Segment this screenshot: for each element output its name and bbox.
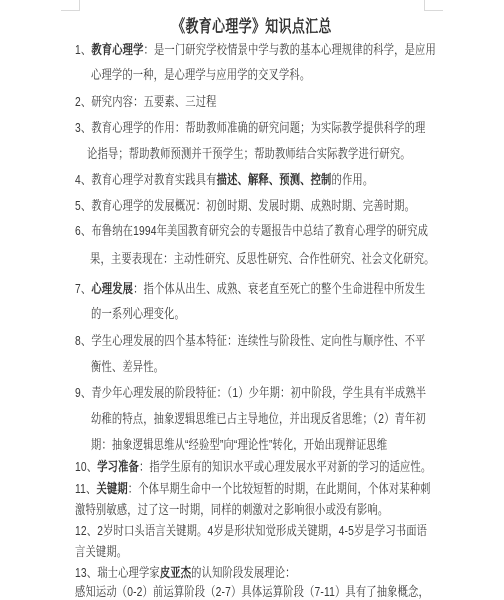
- text-line: 7、心理发展：指个体从出生、成熟、衰老直至死亡的整个生命进程中所发生: [75, 282, 425, 296]
- text-line: 12、2岁时口头语言关键期。4岁是形状知觉形成关键期，4-5岁是学习书面语: [75, 524, 427, 538]
- text-line: 的一系列心理变化。: [91, 307, 185, 321]
- text-boundary-corner-mark-left: [61, 10, 80, 11]
- text-line: 6、布鲁纳在1994年美国教育研究会的专题报告中总结了教育心理学的研究成: [75, 224, 428, 238]
- text-line: 8、学生心理发展的四个基本特征：连续性与阶段性、定向性与顺序性、不平: [75, 334, 425, 348]
- text-boundary-corner-mark-right: [424, 0, 425, 11]
- text-line: 4、教育心理学对教育实践具有描述、解释、预测、控制的作用。: [75, 173, 373, 187]
- text-line: 论指导；帮助教师预测并干预学生；帮助教师结合实际教学进行研究。: [87, 147, 411, 161]
- document-page: 《教育心理学》知识点汇总 1、教育心理学：是一门研究学校情景中学与教的基本心理规…: [0, 0, 504, 600]
- text-line: 心理学的一种，是心理学与应用学的交叉学科。: [91, 68, 310, 82]
- text-line: 1、教育心理学：是一门研究学校情景中学与教的基本心理规律的科学，是应用: [75, 43, 436, 57]
- text-line: 5、教育心理学的发展概况：初创时期、发展时期、成熟时期、完善时期。: [75, 199, 415, 213]
- text-line: 言关键期。: [75, 545, 127, 559]
- text-line: 期：抽象逻辑思维从“经验型”向“理论性”转化，开始出现辩证思维: [91, 438, 387, 452]
- text-boundary-corner-mark-right: [424, 10, 443, 11]
- text-line: 幼稚的特点，抽象逻辑思维已占主导地位，并出现反省思维；（2）青年初: [91, 412, 426, 426]
- text-line: 激特别敏感，过了这一时期，同样的刺激对之影响很小或没有影响。: [75, 503, 388, 517]
- text-line: 感知运动（0-2）前运算阶段（2-7）具体运算阶段（7-11）具有了抽象概念，: [75, 585, 429, 599]
- text-line: 13、瑞士心理学家皮亚杰的认知阶段发展理论：: [75, 566, 296, 580]
- text-line: 果，主要表现在：主动性研究、反思性研究、合作性研究、社会文化研究。: [90, 252, 435, 266]
- page-title: 《教育心理学》知识点汇总: [60, 12, 443, 37]
- text-line: 11、关键期：个体早期生命中一个比较短暂的时期，在此期间，个体对某种刺: [75, 482, 431, 496]
- text-line: 衡性、差异性。: [91, 360, 164, 374]
- text-line: 2、研究内容：五要素、三过程: [75, 95, 217, 109]
- text-line: 10、学习准备：指学生原有的知识水平或心理发展水平对新的学习的适应性。: [75, 460, 431, 474]
- text-line: 9、青少年心理发展的阶段特征：（1）少年期：初中阶段，学生具有半成熟半: [75, 386, 426, 400]
- text-boundary-corner-mark-left: [79, 0, 80, 11]
- text-line: 3、教育心理学的作用：帮助教师准确的研究问题；为实际教学提供科学的理: [75, 121, 425, 135]
